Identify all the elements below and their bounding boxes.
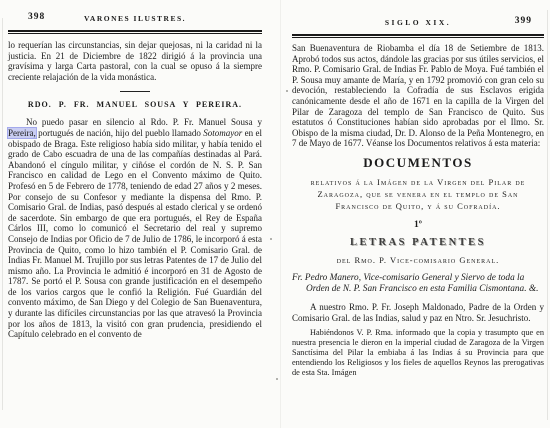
letras-patentes-heading: LETRAS PATENTES: [292, 237, 544, 248]
right-page-edge-line: [547, 10, 548, 420]
bio-paragraph: No puedo pasar en silencio al Rdo. P. Fr…: [8, 117, 262, 339]
bio-text-mid: portugués de nación, hijo del pueblo lla…: [36, 128, 204, 138]
search-highlight-term: Pereira,: [8, 128, 36, 138]
section-divider-rule: [120, 91, 150, 92]
page-gutter-line: [280, 0, 281, 428]
bio-text-rest: en el obispado de Braga. Este religioso …: [8, 128, 262, 339]
right-page-number: 399: [515, 16, 532, 26]
letras-patentes-subheading: del Rmo. P. Vice-comisario General.: [292, 255, 544, 266]
bio-text-before: No puedo pasar en silencio al Rdo. P. Fr…: [26, 117, 262, 127]
left-header-rule: [8, 30, 262, 34]
scan-speck: [276, 378, 278, 380]
intro-paragraph: lo requerían las circunstancias, sin dej…: [8, 40, 262, 82]
bio-italic-word: Sotomayor: [203, 128, 242, 138]
documentos-subtitle: relativos á la Imágen de la Virgen del P…: [298, 176, 538, 212]
scan-speck: [286, 90, 288, 92]
letter-body-paragraph: Habiéndonos V. P. Rma. informado que la …: [292, 328, 544, 378]
section-heading: RDO. P. FR. MANUEL SOUSA Y PEREIRA.: [8, 100, 262, 109]
right-page: SIGLO XIX. 399 San Buenaventura de Rioba…: [292, 16, 544, 378]
left-page-edge-line: [2, 18, 3, 410]
documentos-heading: DOCUMENTOS: [292, 155, 544, 171]
document-item-number: 1º: [292, 220, 544, 231]
right-page-header: SIGLO XIX. 399: [292, 16, 544, 32]
left-running-title: VARONES ILUSTRES.: [8, 14, 262, 23]
continuation-paragraph: San Buenaventura de Riobamba el día 18 d…: [292, 43, 544, 149]
address-paragraph: A nuestro Rmo. P. Fr. Joseph Maldonado, …: [292, 302, 544, 323]
left-page-header: 398 VARONES ILUSTRES.: [8, 12, 262, 28]
right-running-title: SIGLO XIX.: [292, 18, 544, 27]
scan-speck: [270, 238, 272, 240]
right-header-rule: [292, 34, 544, 38]
salutation-paragraph: Fr. Pedro Manero, Vice-comisario General…: [292, 273, 544, 295]
left-page: 398 VARONES ILUSTRES. lo requerían las c…: [8, 12, 262, 340]
